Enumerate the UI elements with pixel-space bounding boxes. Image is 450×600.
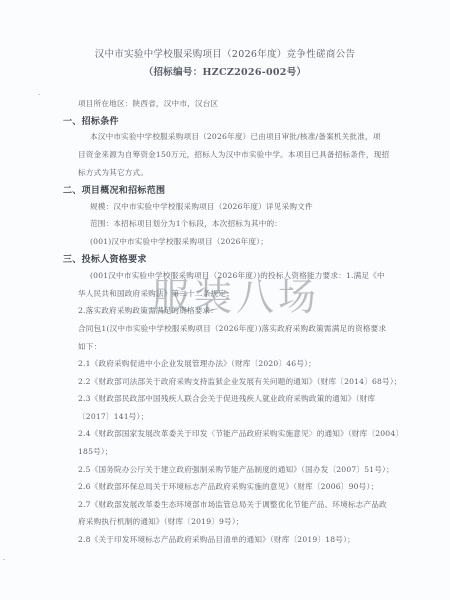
- section-1-line: 本汉中市实验中学校服采购项目（2026年度）已由项目审批/核准/备案机关批准，项: [90, 131, 381, 142]
- watermark: 服装八场: [152, 266, 320, 321]
- section-2-line: 规模：汉中市实验中学校服采购项目（2026年度）详见采购文件: [90, 201, 313, 212]
- section-3-line: 合同包1(汉中市实验中学校服采购项目（2026年度）)落实政府采购政策需满足的资…: [78, 323, 386, 334]
- section-2-line: 范围：本招标项目划分为1个标段，本次招标为其中的：: [90, 218, 282, 229]
- section-3-line: 府采购执行机制的通知》（财库〔2019〕9号）；: [78, 516, 244, 527]
- section-heading-2: 二、项目概况和招标范围: [63, 183, 165, 196]
- section-3-line: 185号）；: [78, 446, 113, 457]
- section-3-line: 如下：: [78, 341, 101, 352]
- section-heading-1: 一、招标条件: [63, 114, 119, 127]
- section-1-line: 目资金来源为自筹资金150万元，招标人为汉中市实验中学。本项目已具备招标条件，现…: [78, 149, 389, 160]
- section-3-line: 2.8《关于印发环境标志产品政府采购品目清单的通知》（财库〔2019〕18号）；: [78, 534, 355, 545]
- project-location: 项目所在地区：陕西省，汉中市，汉台区: [78, 98, 218, 109]
- section-3-line: 2.3《财政部民政部中国残疾人联合会关于促进残疾人就业政府采购政策的通知》（财库: [78, 393, 375, 404]
- scan-speck: [38, 94, 40, 95]
- section-3-line: 2.2《财政部司法部关于政府采购支持监狱企业发展有关问题的通知》（财库〔2014…: [78, 376, 402, 387]
- document-title: 汉中市实验中学校服采购项目（2026年度）竞争性磋商公告: [0, 46, 450, 60]
- section-3-line: 2.1《政府采购促进中小企业发展管理办法》（财库〔2020〕46号）；: [78, 358, 316, 369]
- section-3-line: 2.6《财政部环保总局关于环境标志产品政府采购实施的意见》（财库〔2006〕90…: [78, 481, 378, 492]
- document-page: 汉中市实验中学校服采购项目（2026年度）竞争性磋商公告 （招标编号：HZCZ2…: [0, 0, 450, 600]
- document-subtitle: （招标编号：HZCZ2026-002号）: [0, 64, 450, 78]
- section-3-line: 〔2017〕141号）；: [78, 411, 148, 422]
- section-heading-3: 三、投标人资格要求: [63, 252, 147, 265]
- section-1-line: 标方式为其它方式。: [78, 167, 148, 178]
- scan-speck: [3, 559, 5, 560]
- section-3-line: 2.4《财政部国家发展改革委关于印发〈节能产品政府采购实施意见〉的通知》（财库〔…: [78, 428, 403, 439]
- section-3-line: 2.7《财政部发展改革委生态环境部市场监管总局关于调整优化节能产品、环境标志产品…: [78, 499, 387, 510]
- section-2-line: (001)汉中市实验中学校服采购项目（2026年度）；: [90, 236, 268, 247]
- section-3-line: 2.5《国务院办公厅关于建立政府强制采购节能产品制度的通知》（国办发〔2007〕…: [78, 464, 394, 475]
